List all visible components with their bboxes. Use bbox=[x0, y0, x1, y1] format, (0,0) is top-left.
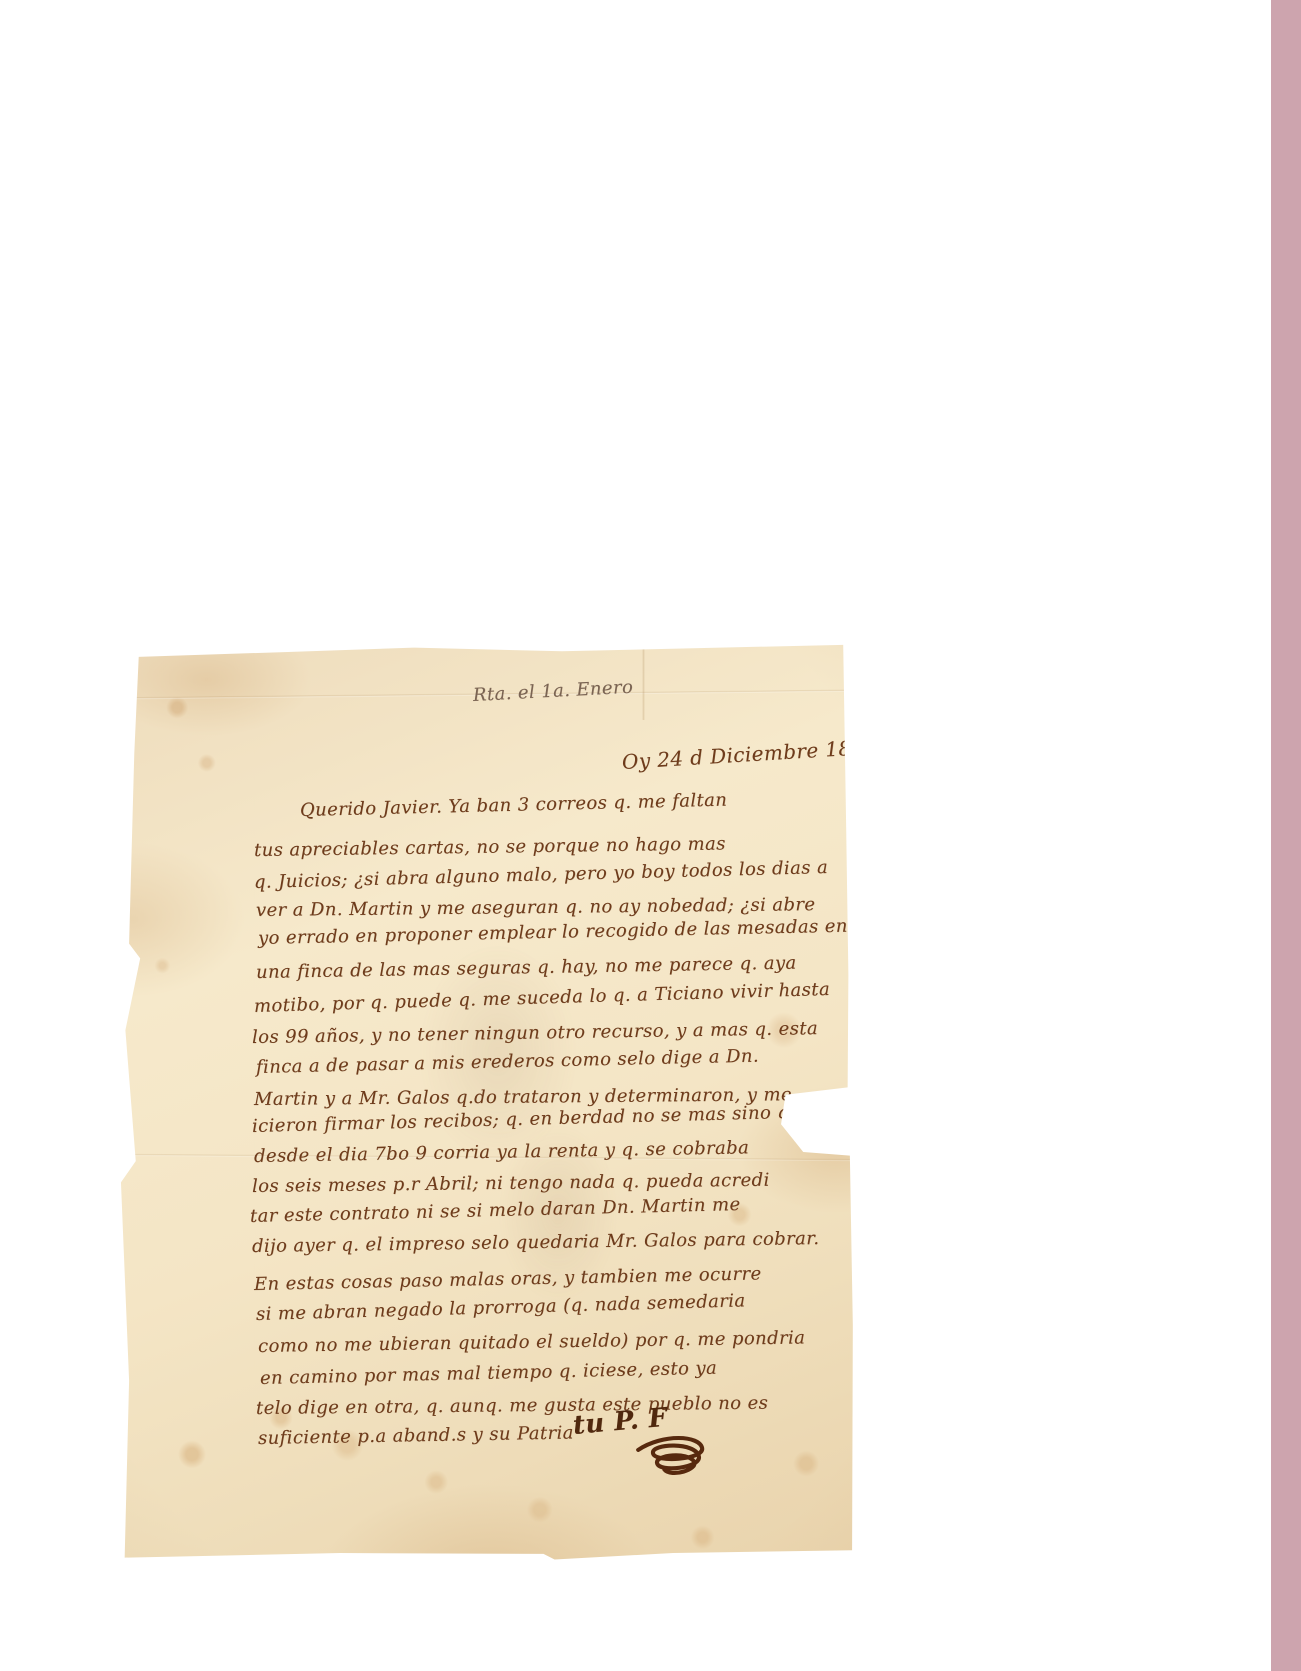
manuscript-line: motibo, por q. puede q. me suceda lo q. … bbox=[254, 979, 831, 1017]
manuscript-line: suficiente p.a aband.s y su Patria bbox=[258, 1422, 574, 1449]
manuscript-line: dijo ayer q. el impreso selo quedaria Mr… bbox=[252, 1228, 820, 1257]
manuscript-line: desde el dia 7bo 9 corria ya la renta y … bbox=[254, 1137, 750, 1167]
manuscript-line: q. Juicios; ¿si abra alguno malo, pero y… bbox=[254, 857, 829, 893]
manuscript-line: yo errado en proponer emplear lo recogid… bbox=[258, 916, 848, 949]
manuscript-line: ver a Dn. Martin y me aseguran q. no ay … bbox=[256, 894, 816, 921]
manuscript-line: Querido Javier. Ya ban 3 correos q. me f… bbox=[300, 790, 728, 821]
manuscript-line: tar este contrato ni se si melo daran Dn… bbox=[250, 1194, 741, 1227]
manuscript-line: los 99 años, y no tener ningun otro recu… bbox=[252, 1018, 818, 1048]
page: Rta. el 1a. Enero Oy 24 d Diciembre 1824… bbox=[0, 0, 1301, 1671]
annotation-reply-note: Rta. el 1a. Enero bbox=[472, 677, 633, 706]
manuscript-line: telo dige en otra, q. aunq. me gusta est… bbox=[256, 1393, 768, 1419]
pink-accent-bar bbox=[1271, 0, 1301, 1671]
manuscript-line: finca a de pasar a mis erederos como sel… bbox=[256, 1046, 759, 1078]
manuscript-line: tus apreciables cartas, no se porque no … bbox=[254, 833, 726, 861]
manuscript-line: En estas cosas paso malas oras, y tambie… bbox=[254, 1263, 762, 1295]
manuscript-line: si me abran negado la prorroga (q. nada … bbox=[256, 1290, 746, 1325]
fold-crease-vertical bbox=[642, 645, 645, 720]
manuscript-line: los seis meses p.r Abril; ni tengo nada … bbox=[252, 1170, 770, 1197]
manuscript-line: una finca de las mas seguras q. hay, no … bbox=[256, 953, 797, 983]
manuscript-paper: Rta. el 1a. Enero Oy 24 d Diciembre 1824… bbox=[118, 643, 858, 1565]
manuscript-line: como no me ubieran quitado el sueldo) po… bbox=[258, 1327, 806, 1357]
signature-rubric-flourish bbox=[630, 1425, 712, 1483]
date-line: Oy 24 d Diciembre 1824 bbox=[621, 734, 878, 774]
manuscript-line: en camino por mas mal tiempo q. iciese, … bbox=[260, 1358, 718, 1389]
